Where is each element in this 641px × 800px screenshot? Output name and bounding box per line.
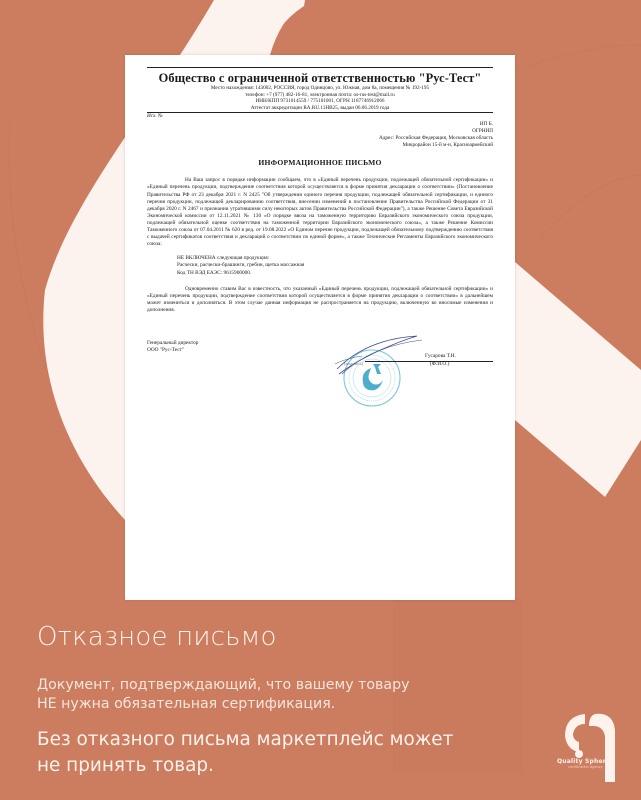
caption-warning-line-1: Без отказного письма маркетплейс может [37, 727, 453, 753]
org-accreditation: Аттестат аккредитации RA.RU.11НВ25, выда… [147, 105, 493, 112]
caption-title: Отказное письмо [37, 622, 277, 652]
company-seal-icon [327, 334, 437, 414]
signer-name: Гусарова Т.Н. [425, 353, 456, 360]
qs-monogram-icon [555, 702, 641, 792]
fio-label: (Ф.И.О.) [430, 361, 449, 368]
signer-position: Генеральный директор [147, 340, 198, 347]
excluded-hs-code: Код ТН ВЭД ЕАЭС: 9615900000. [177, 270, 493, 277]
excluded-items: Расчески, расчески-брашинги, гребни, щет… [177, 262, 493, 269]
recipient-address-2: Микрорайон 15-й м-н, Красноармейский [147, 142, 493, 149]
letter-title: ИНФОРМАЦИОННОЕ ПИСЬМО [147, 158, 493, 168]
organization-title: Общество с ограниченной ответственностью… [147, 71, 493, 85]
signature-line [365, 361, 493, 362]
caption-subtitle-line-2: НЕ нужна обязательная сертификация. [37, 695, 410, 714]
recipient-name: ИП Б. [147, 121, 493, 128]
letter-paragraph-1: На Ваш запрос в порядке информации сообщ… [147, 177, 493, 248]
signature-label: (подпись) [344, 360, 363, 367]
refusal-letter-document: Общество с ограниченной ответственностью… [125, 55, 515, 600]
signature-block: Генеральный директор ООО "Рус-Тест" (под… [147, 340, 493, 420]
signer-org: ООО "Рус-Тест" [147, 347, 198, 354]
logo-name: Quality Sphere [557, 758, 610, 765]
caption-subtitle-line-1: Документ, подтверждающий, что вашему тов… [37, 676, 410, 695]
caption-warning-line-2: не принять товар. [37, 753, 453, 779]
org-address: Место нахождения: 143002, РОССИЯ, город … [147, 85, 493, 92]
signer-info: Генеральный директор ООО "Рус-Тест" [147, 340, 198, 354]
org-contacts: телефон: +7 (977) 482-16-81, электронная… [147, 92, 493, 99]
quality-sphere-logo: Quality Sphere certification agency [555, 702, 641, 792]
letter-paragraph-2: Одновременно ставим Вас в известность, ч… [147, 286, 493, 314]
caption-subtitle: Документ, подтверждающий, что вашему тов… [37, 676, 410, 714]
recipient-block: ИП Б. ОГРНИП Адрес: Российская Федерация… [147, 121, 493, 149]
org-tax-ids: ИНН/КПП 9731014559 / 775101001, ОГРН 118… [147, 98, 493, 105]
logo-tagline: certification agency [568, 765, 603, 769]
header-rule-top [147, 67, 493, 68]
excluded-products: НЕ ВКЛЮЧЕНА следующая продукция: Расческ… [147, 255, 493, 276]
caption-warning: Без отказного письма маркетплейс может н… [37, 727, 453, 779]
outgoing-number: Исх. № [147, 113, 493, 120]
